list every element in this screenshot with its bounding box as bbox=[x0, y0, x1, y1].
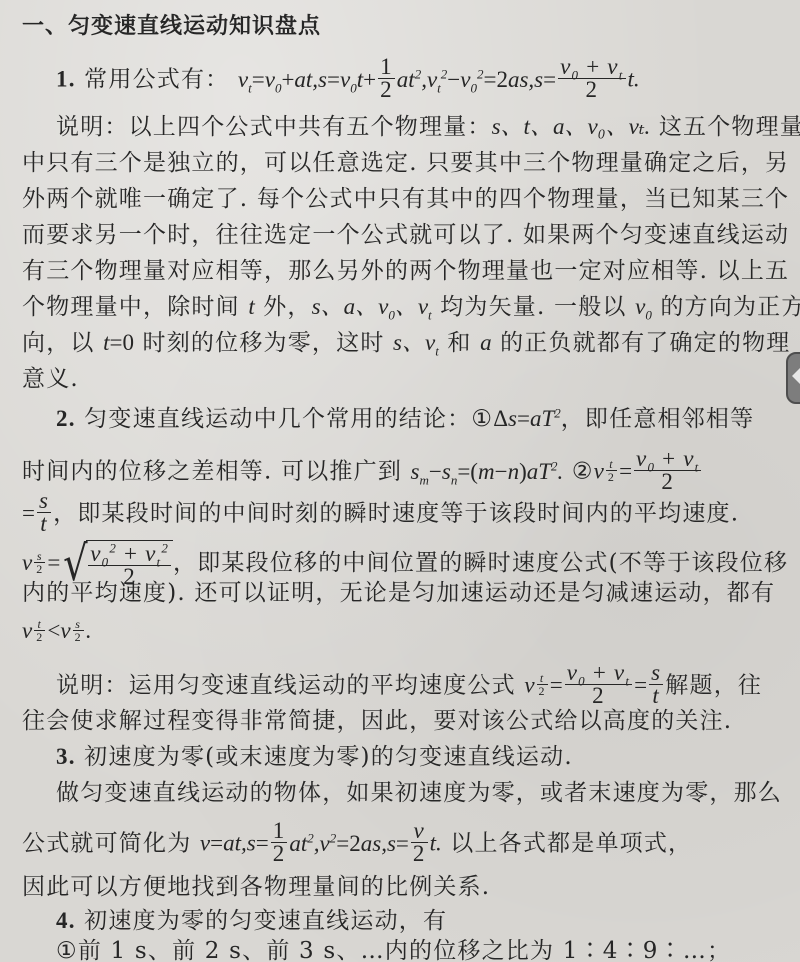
fraction-average-velocity: v0 + vt2 bbox=[565, 662, 632, 707]
var-a: a bbox=[480, 330, 492, 355]
item-2-line-2: 时间内的位移之差相等. 可以推广到 sm−sn=(m−n)aT2. ②vt2=v… bbox=[22, 450, 778, 495]
item-3-title: 3. 初速度为零(或末速度为零)的匀变速直线运动. bbox=[56, 742, 778, 772]
fraction-s-over-t: st bbox=[649, 662, 663, 707]
item-3-line-3: 因此可以方便地找到各物理量间的比例关系. bbox=[22, 872, 778, 902]
item-4-line-1: ①前 1 s、前 2 s、前 3 s、…内的位移之比为 1∶4∶9∶…； bbox=[56, 936, 778, 962]
subscript-s-half: s2 bbox=[34, 550, 45, 575]
textbook-page: 一、匀变速直线运动知识盘点 1. 常用公式有： vt=v0+at,s=v0t+1… bbox=[0, 0, 800, 962]
note-text: 运用匀变速直线运动的平均速度公式 bbox=[129, 673, 516, 699]
item-lead: 初速度为零的匀变速直线运动，有 bbox=[84, 908, 447, 934]
item-2-line-6: vt2<vs2. bbox=[22, 616, 778, 646]
item-2-line-1: 2. 匀变速直线运动中几个常用的结论：①Δs=aT2，即任意相邻相等 bbox=[56, 404, 778, 434]
note-text: 时刻的位移为零，这时 bbox=[143, 330, 385, 356]
var-v0: v0 bbox=[635, 294, 652, 319]
item-number: 1. bbox=[56, 67, 76, 92]
formula-velocity: vt=v0+at,s=v0t+ bbox=[238, 67, 376, 92]
fraction-one-half: 12 bbox=[271, 820, 288, 865]
item-text: ，即任意相邻相等 bbox=[561, 406, 755, 432]
subscript-t-half: t2 bbox=[537, 672, 548, 697]
item-text: ，即某段位移的中间位置的瞬时速度公式(不等于该段位移 bbox=[173, 550, 788, 576]
subscript-s-half: s2 bbox=[73, 618, 84, 643]
item-lead: 初速度为零(或末速度为零)的匀变速直线运动. bbox=[84, 744, 573, 770]
item-3-line-1: 做匀变速直线运动的物体，如果初速度为零，或者末速度为零，那么 bbox=[56, 778, 778, 808]
note-text: 解题，往 bbox=[665, 673, 762, 699]
item-2-line-3: =st，即某段时间的中间时刻的瞬时速度等于该段时间内的平均速度. bbox=[22, 492, 778, 537]
item-lead: 匀变速直线运动中几个常用的结论： bbox=[84, 406, 471, 432]
note-1-line-4: 而要求另一个时，往往选定一个公式就可以了. 如果两个匀变速直线运动 bbox=[22, 220, 778, 250]
circled-two: ② bbox=[572, 459, 594, 485]
note-1-line-3: 外两个就唯一确定了. 每个公式中只有其中的四个物理量，当已知某三个 bbox=[22, 184, 778, 214]
subscript-t-half: t2 bbox=[34, 618, 45, 643]
vector-list: s、a、v0、vt bbox=[312, 294, 432, 319]
note-text: 外， bbox=[263, 294, 311, 320]
subscript-t-half: t2 bbox=[606, 458, 617, 483]
item-text: 前 1 s、前 2 s、前 3 s、…内的位移之比为 1∶4∶9∶…； bbox=[78, 938, 731, 962]
note-1-line-2: 中只有三个是独立的，可以任意选定. 只要其中三个物理量确定之后，另 bbox=[22, 148, 778, 178]
note-1-line-5: 有三个物理量对应相等，那么另外的两个物理量也一定对应相等. 以上五 bbox=[22, 256, 778, 286]
note-2-line-2: 往会使求解过程变得非常简捷，因此，要对该公式给以高度的关注. bbox=[22, 706, 778, 736]
fraction-average-velocity: v0 + vt2 bbox=[634, 448, 701, 493]
item-text: 公式就可简化为 bbox=[22, 831, 191, 857]
item-number: 3. bbox=[56, 744, 76, 769]
side-panel-toggle[interactable] bbox=[786, 352, 800, 404]
formula-simplified: v=at,s= bbox=[200, 831, 269, 856]
formula-generalized: sm−sn=(m−n)aT2. bbox=[411, 459, 564, 484]
item-number: 4. bbox=[56, 908, 76, 933]
note-text: 个物理量中，除时间 bbox=[22, 294, 240, 320]
var-v-half-s: v bbox=[22, 550, 32, 575]
item-text: 以上各式都是单项式， bbox=[450, 831, 692, 857]
fraction-v-over-2: v2 bbox=[411, 820, 428, 865]
item-number: 2. bbox=[56, 406, 76, 431]
fraction-average-velocity: v0 + vt2 bbox=[558, 56, 625, 101]
item-3-line-2: 公式就可简化为 v=at,s=12at2,v2=2as,s=v2t. 以上各式都… bbox=[22, 822, 778, 867]
note-label: 说明： bbox=[56, 114, 129, 140]
note-text: 以上四个公式中共有五个物理量： bbox=[129, 114, 492, 140]
note-label: 说明： bbox=[56, 673, 129, 699]
var-s-vt: s、vt bbox=[393, 330, 439, 355]
fraction-s-over-t: st bbox=[37, 490, 51, 535]
item-4-title: 4. 初速度为零的匀变速直线运动，有 bbox=[56, 906, 778, 936]
fraction-one-half: 12 bbox=[378, 56, 395, 101]
item-lead: 常用公式有： bbox=[84, 67, 229, 93]
note-2-line-1: 说明：运用匀变速直线运动的平均速度公式 vt2=v0 + vt2=st解题，往 bbox=[56, 664, 778, 709]
chevron-left-icon bbox=[792, 366, 800, 386]
note-1-line-7: 向，以 t=0 时刻的位移为零，这时 s、vt 和 a 的正负就都有了确定的物理 bbox=[22, 328, 778, 358]
var-v-half-t: v bbox=[524, 673, 534, 698]
note-1-line-1: 说明：以上四个公式中共有五个物理量：s、t、a、v₀、vₜ. 这五个物理量 bbox=[56, 112, 778, 142]
note-text: 的正负就都有了确定的物理 bbox=[500, 330, 790, 356]
var-t: t bbox=[248, 294, 254, 319]
circled-one: ① bbox=[471, 406, 493, 432]
section-title: 一、匀变速直线运动知识盘点 bbox=[22, 12, 778, 42]
note-1-line-6: 个物理量中，除时间 t 外，s、a、v0、vt 均为矢量. 一般以 v0 的方向… bbox=[22, 292, 778, 322]
note-text: 向，以 bbox=[22, 330, 95, 356]
quantities-list: s、t、a、v₀、vₜ. bbox=[492, 114, 651, 139]
note-text: 均为矢量. 一般以 bbox=[440, 294, 626, 320]
item-text: 时间内的位移之差相等. 可以推广到 bbox=[22, 459, 402, 485]
formula-delta-s: Δs=aT2 bbox=[493, 406, 561, 431]
note-text: 和 bbox=[447, 330, 471, 356]
item-1-formulas: 1. 常用公式有： vt=v0+at,s=v0t+12at2,vt2−v02=2… bbox=[56, 58, 778, 103]
item-2-line-5: 内的平均速度). 还可以证明，无论是匀加速运动还是匀减速运动，都有 bbox=[22, 578, 778, 608]
item-text: ，即某段时间的中间时刻的瞬时速度等于该段时间内的平均速度. bbox=[53, 501, 739, 527]
var-t-zero: t=0 bbox=[103, 330, 134, 355]
var-v-half-t: v bbox=[594, 459, 604, 484]
note-text: 的方向为正方 bbox=[660, 294, 800, 320]
circled-one: ① bbox=[56, 938, 78, 962]
note-1-line-8: 意义. bbox=[22, 364, 778, 394]
inequality: v bbox=[22, 618, 32, 643]
note-text: 这五个物理量 bbox=[659, 114, 800, 140]
